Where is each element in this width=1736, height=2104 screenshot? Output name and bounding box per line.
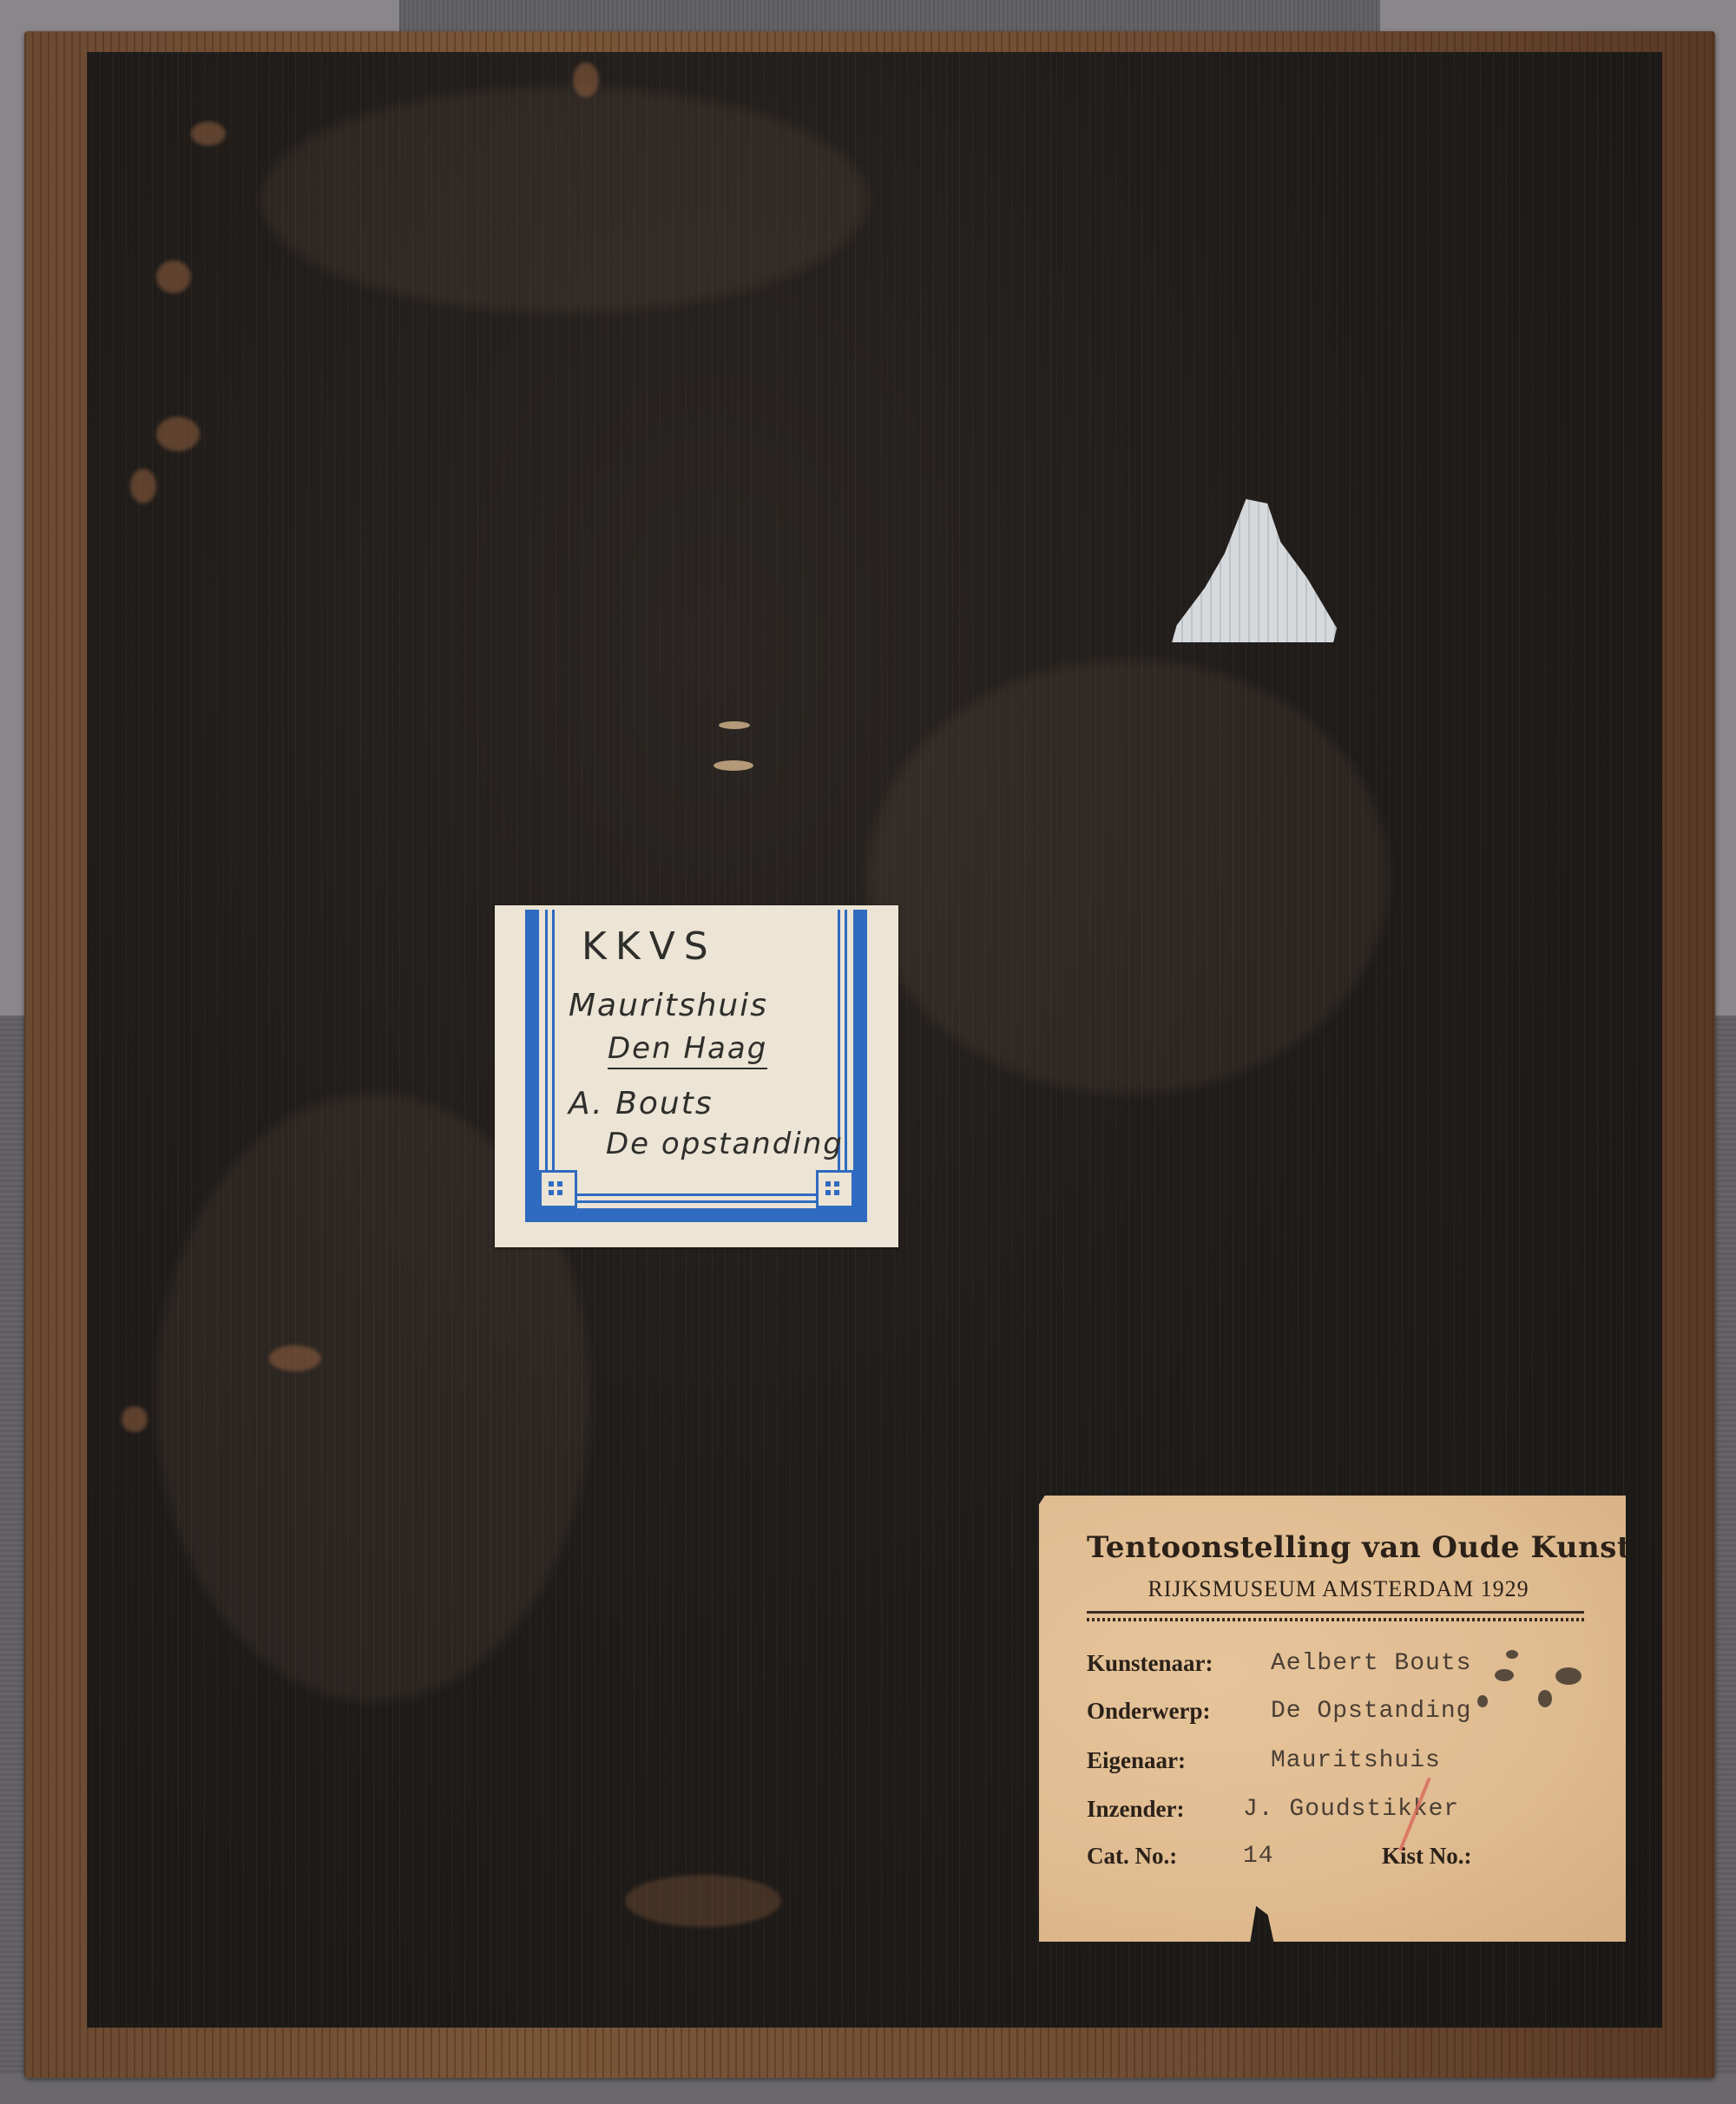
label-inner-line [545, 1193, 847, 1196]
label-border-right [853, 910, 867, 1222]
label-inner-line [552, 910, 555, 1179]
wood-hole [719, 721, 750, 729]
field-value: 14 [1243, 1843, 1274, 1870]
exhibition-dotted-rule [1087, 1618, 1584, 1621]
ink-stain [1538, 1690, 1552, 1707]
wood-scuff [573, 62, 599, 97]
field-value: De Opstanding [1271, 1698, 1471, 1725]
ink-stain [1495, 1669, 1514, 1681]
exhibition-title: Tentoonstelling van Oude Kunst [1087, 1530, 1590, 1565]
wood-scuff [156, 417, 200, 451]
label-corner-ornament-left [539, 1170, 577, 1208]
wood-scuff [156, 260, 191, 293]
field-value: J. Goudstikker [1243, 1796, 1459, 1823]
exhibition-rule [1087, 1611, 1584, 1614]
surface-sheen [260, 87, 868, 312]
wood-scuff [191, 122, 226, 146]
wood-scuff [122, 1406, 148, 1432]
ink-stain [1477, 1695, 1488, 1707]
label-border-left [525, 910, 539, 1222]
field-value: Mauritshuis [1271, 1747, 1441, 1774]
field-key: Eigenaar: [1087, 1747, 1186, 1774]
handwritten-line-5: De opstanding [606, 1127, 844, 1161]
label-inner-line [845, 910, 847, 1179]
field-key-kist-no: Kist No.: [1382, 1843, 1472, 1870]
field-key: Onderwerp: [1087, 1698, 1210, 1725]
handwritten-label: KKVS Mauritshuis Den Haag A. Bouts De op… [495, 905, 898, 1247]
field-key: Kunstenaar: [1087, 1650, 1213, 1677]
wood-hole [713, 760, 753, 771]
surface-sheen [868, 660, 1389, 1094]
field-value: Aelbert Bouts [1271, 1650, 1471, 1677]
handwritten-line-4: A. Bouts [569, 1086, 713, 1121]
ink-stain [1555, 1667, 1581, 1685]
label-corner-ornament-right [816, 1170, 854, 1208]
exhibition-subtitle: RIJKSMUSEUM AMSTERDAM 1929 [1087, 1576, 1590, 1602]
wood-scuff [130, 469, 156, 503]
handwritten-line-2: Mauritshuis [569, 988, 768, 1023]
wood-scuff [269, 1345, 321, 1371]
ink-stain [1506, 1650, 1518, 1659]
backdrop-floor [0, 2074, 1736, 2104]
field-key: Cat. No.: [1087, 1843, 1177, 1870]
label-border-bottom [525, 1208, 867, 1222]
exhibition-label: Tentoonstelling van Oude Kunst RIJKSMUSE… [1039, 1496, 1626, 1942]
handwritten-line-3: Den Haag [608, 1031, 767, 1069]
field-row-cat-no: Cat. No.: 14 Kist No.: [1087, 1843, 1608, 1877]
wood-scuff [625, 1875, 781, 1927]
field-key: Inzender: [1087, 1796, 1184, 1823]
label-inner-line [545, 1200, 847, 1203]
label-inner-line [545, 910, 548, 1179]
handwritten-line-1: KKVS [582, 924, 717, 969]
